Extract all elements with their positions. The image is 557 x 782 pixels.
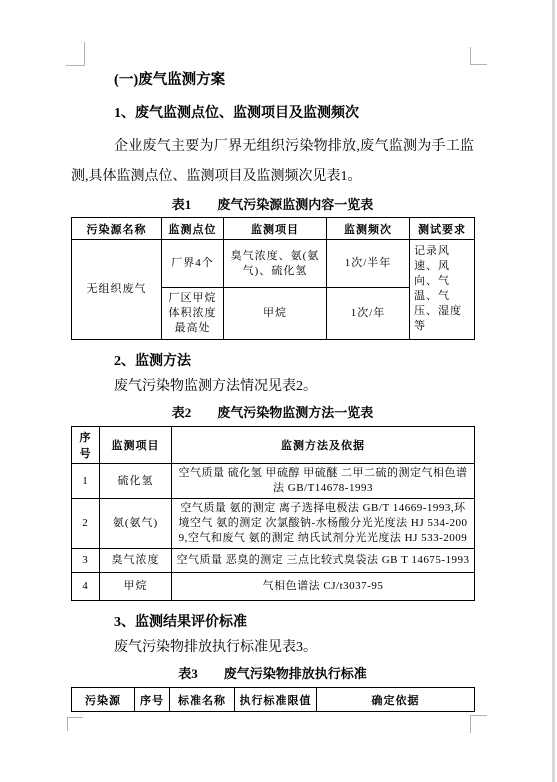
table-3-emission-standards: 污染源 序号 标准名称 执行标准限值 确定依据 xyxy=(71,687,475,712)
cell-serial-number: 4 xyxy=(72,573,100,601)
subsection-2-heading: 2、监测方法 xyxy=(114,352,474,372)
column-header-monitoring-point: 监测点位 xyxy=(162,218,224,240)
cell-serial-number: 1 xyxy=(72,464,100,499)
section-heading: (一)废气监测方案 xyxy=(114,70,474,90)
column-header-pollution-source: 污染源名称 xyxy=(72,218,162,240)
column-header-standard-name: 标准名称 xyxy=(170,688,235,712)
cell-monitoring-item: 硫化氢 xyxy=(100,464,172,499)
column-header-pollution-source: 污染源 xyxy=(72,688,135,712)
cell-method: 气相色谱法 CJ/t3037-95 xyxy=(172,573,475,601)
text-boundary-mark-bottom-left xyxy=(67,717,83,731)
cell-monitoring-point: 厂界4个 xyxy=(162,240,224,288)
column-header-method-basis: 监测方法及依据 xyxy=(172,427,475,464)
table-1-caption: 表1 废气污染源监测内容一览表 xyxy=(71,196,474,214)
subsection-1-heading: 1、废气监测点位、监测项目及监测频次 xyxy=(114,104,474,124)
cell-monitoring-item: 氨(氨气) xyxy=(100,499,172,549)
column-header-monitoring-frequency: 监测频次 xyxy=(327,218,410,240)
subsection-3-heading: 3、监测结果评价标准 xyxy=(114,613,474,633)
cell-method: 空气质量 氨的测定 离子选择电极法 GB/T 14669-1993,环境空气 氨… xyxy=(172,499,475,549)
subsection-2-paragraph: 废气污染物监测方法情况见表2。 xyxy=(71,376,474,398)
table-2-header-row: 序号 监测项目 监测方法及依据 xyxy=(72,427,475,464)
cell-method: 空气质量 硫化氢 甲硫醇 甲硫醚 二甲二硫的测定气相色谱法 GB/T14678-… xyxy=(172,464,475,499)
cell-monitoring-item: 甲烷 xyxy=(100,573,172,601)
cell-test-requirement: 记录风速、风向、气温、气压、湿度等 xyxy=(410,240,475,340)
cell-monitoring-item: 臭气浓度 xyxy=(100,549,172,573)
column-header-test-requirement: 测试要求 xyxy=(410,218,475,240)
cell-pollution-source: 无组织废气 xyxy=(72,240,162,340)
table-3-caption: 表3 废气污染物排放执行标准 xyxy=(71,665,474,683)
table-1-header-row: 污染源名称 监测点位 监测项目 监测频次 测试要求 xyxy=(72,218,475,240)
column-header-standard-limit: 执行标准限值 xyxy=(235,688,317,712)
table-3-header-row: 污染源 序号 标准名称 执行标准限值 确定依据 xyxy=(72,688,475,712)
document-page: (一)废气监测方案 1、废气监测点位、监测项目及监测频次 企业废气主要为厂界无组… xyxy=(0,0,557,782)
text-boundary-mark-top-right xyxy=(470,47,487,65)
column-header-monitoring-item: 监测项目 xyxy=(100,427,172,464)
table-2-monitoring-methods: 序号 监测项目 监测方法及依据 1 硫化氢 空气质量 硫化氢 甲硫醇 甲硫醚 二… xyxy=(71,426,475,601)
column-header-monitoring-item: 监测项目 xyxy=(224,218,327,240)
table-1-monitoring-content: 污染源名称 监测点位 监测项目 监测频次 测试要求 无组织废气 厂界4个 臭气浓… xyxy=(71,217,475,340)
cell-monitoring-point: 厂区甲烷体积浓度最高处 xyxy=(162,288,224,340)
cell-monitoring-items: 臭气浓度、氨(氨气)、硫化氢 xyxy=(224,240,327,288)
cell-frequency: 1次/半年 xyxy=(327,240,410,288)
text-boundary-mark-bottom-right xyxy=(470,715,487,733)
text-boundary-mark-top-left xyxy=(66,42,85,66)
subsection-1-paragraph: 企业废气主要为厂界无组织污染物排放,废气监测为手工监测,具体监测点位、监测项目及… xyxy=(71,132,474,192)
document-content: (一)废气监测方案 1、废气监测点位、监测项目及监测频次 企业废气主要为厂界无组… xyxy=(71,70,474,712)
cell-monitoring-items: 甲烷 xyxy=(224,288,327,340)
column-header-determination-basis: 确定依据 xyxy=(317,688,475,712)
table-row: 3 臭气浓度 空气质量 恶臭的测定 三点比较式臭袋法 GB T 14675-19… xyxy=(72,549,475,573)
subsection-3-paragraph: 废气污染物排放执行标准见表3。 xyxy=(71,637,474,659)
cell-method: 空气质量 恶臭的测定 三点比较式臭袋法 GB T 14675-1993 xyxy=(172,549,475,573)
cell-frequency: 1次/年 xyxy=(327,288,410,340)
column-header-serial-number: 序号 xyxy=(72,427,100,464)
table-2-caption: 表2 废气污染物监测方法一览表 xyxy=(71,404,474,422)
cell-serial-number: 3 xyxy=(72,549,100,573)
table-row: 无组织废气 厂界4个 臭气浓度、氨(氨气)、硫化氢 1次/半年 记录风速、风向、… xyxy=(72,240,475,288)
table-row: 2 氨(氨气) 空气质量 氨的测定 离子选择电极法 GB/T 14669-199… xyxy=(72,499,475,549)
table-row: 1 硫化氢 空气质量 硫化氢 甲硫醇 甲硫醚 二甲二硫的测定气相色谱法 GB/T… xyxy=(72,464,475,499)
cell-serial-number: 2 xyxy=(72,499,100,549)
table-row: 4 甲烷 气相色谱法 CJ/t3037-95 xyxy=(72,573,475,601)
page-edge-divider xyxy=(552,0,555,782)
column-header-serial-number: 序号 xyxy=(135,688,170,712)
